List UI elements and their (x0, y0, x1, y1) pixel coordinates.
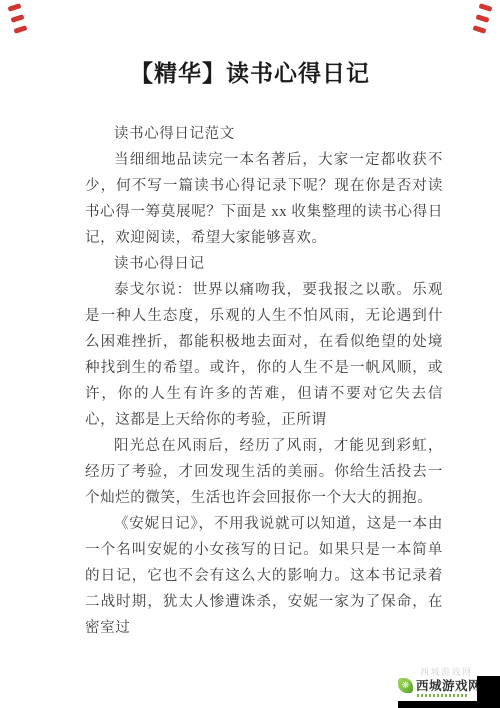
red-dash-icon (8, 3, 22, 12)
black-bottom-bar (398, 701, 500, 708)
watermark-microtext (417, 694, 469, 697)
article-body: 读书心得日记范文 当细细地品读完一本名著后，大家一定都收获不少，何不写一篇读书心… (85, 121, 443, 641)
page-title: 【精华】读书心得日记 (0, 58, 500, 90)
watermark-label: 西城游戏网 (416, 676, 477, 694)
red-dash-icon (14, 25, 28, 34)
article-page: 【精华】读书心得日记 读书心得日记范文 当细细地品读完一本名著后，大家一定都收获… (0, 0, 500, 708)
red-dash-icon (479, 3, 493, 12)
red-dash-icon (473, 25, 487, 34)
red-corner-marks-right (473, 5, 492, 32)
paragraph-subheading: 读书心得日记 (85, 251, 443, 277)
red-dash-icon (476, 14, 490, 23)
paragraph: 《安妮日记》，不用我说就可以知道，这是一本由一个名叫安妮的小女孩写的日记。如果只… (85, 511, 443, 641)
watermark: 西城游戏网 ❋ 西城游戏网 (396, 665, 477, 701)
paragraph: 当细细地品读完一本名著后，大家一定都收获不少，何不写一篇读书心得记录下呢？现在你… (85, 147, 443, 251)
watermark-logo-icon: ❋ (398, 678, 413, 693)
paragraph: 阳光总在风雨后，经历了风雨，才能见到彩虹，经历了考验，才回发现生活的美丽。你给生… (85, 433, 443, 511)
watermark-row: ❋ 西城游戏网 (398, 676, 477, 694)
paragraph-subheading: 读书心得日记范文 (85, 121, 443, 147)
paragraph: 泰戈尔说：世界以痛吻我，要我报之以歌。乐观是一种人生态度，乐观的人生不怕风雨，无… (85, 277, 443, 433)
red-dash-icon (11, 14, 25, 23)
red-corner-marks-left (8, 5, 27, 32)
